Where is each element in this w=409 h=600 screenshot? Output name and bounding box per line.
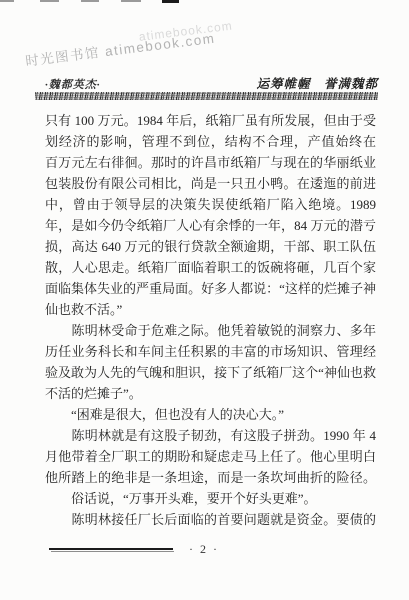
- decorative-rule: [35, 92, 378, 100]
- library-watermark: 时光图书馆 atimebook.com: [24, 27, 216, 70]
- page-number: · 2 ·: [180, 542, 228, 558]
- scan-edge-marks: [0, 0, 200, 4]
- text-line: 只有 100 万元。1984 年后，纸箱厂虽有所发展，但由于受计: [45, 110, 376, 131]
- body-text: 只有 100 万元。1984 年后，纸箱厂虽有所发展，但由于受计划经济的影响，管…: [45, 110, 376, 530]
- text-line: 陈明林就是有这股子韧劲，有这股子拼劲。1990 年 4: [45, 425, 376, 446]
- text-line: 俗话说，“万事开头难，要开个好头更难”。: [45, 488, 376, 509]
- edge-dash: [162, 0, 179, 3]
- edge-dash: [40, 0, 59, 2]
- text-line: 不活的烂摊子”。: [45, 383, 376, 404]
- text-line: 验及敢为人先的气魄和胆识，接下了纸箱厂这个“神仙也救: [45, 362, 376, 383]
- text-line: 包装股份有限公司相比，尚是一只丑小鸭。在逶迤的前进: [45, 173, 376, 194]
- scanned-book-page: atimebook.com 时光图书馆 atimebook.com ·魏都英杰·…: [0, 0, 409, 600]
- text-line: 散，人心思走。纸箱厂面临着职工的饭碗将砸，几百个家庭: [45, 257, 376, 278]
- text-line: 陈明林接任厂长后面临的首要问题就是资金。要债的: [45, 509, 376, 530]
- text-line: 他所踏上的绝非是一条坦途，而是一条坎坷曲折的险径。: [45, 467, 376, 488]
- text-line: “困难是很大，但也没有人的决心大。”: [45, 404, 376, 425]
- footer-rule: [49, 548, 173, 550]
- chapter-title: 运筹帷幄 誉满魏都: [256, 74, 378, 92]
- text-line: 中，曾由于领导层的决策失误使纸箱厂陷入绝境。1989: [45, 194, 376, 215]
- text-line: 历任业务科长和车间主任积累的丰富的市场知识、管理经: [45, 341, 376, 362]
- text-line: 仙也救不活。”: [45, 299, 376, 320]
- text-line: 百万元左右徘徊。那时的许昌市纸箱厂与现在的华丽纸业: [45, 152, 376, 173]
- running-head: ·魏都英杰· 运筹帷幄 誉满魏都: [45, 76, 378, 92]
- text-line: 面临集体失业的严重局面。好多人都说：“这样的烂摊子神: [45, 278, 376, 299]
- edge-dash: [81, 0, 99, 2]
- book-title: ·魏都英杰·: [45, 76, 101, 92]
- text-line: 损，高达 640 万元的银行贷款全额逾期，干部、职工队伍涣: [45, 236, 376, 257]
- text-line: 陈明林受命于危难之际。他凭着敏锐的洞察力、多年: [45, 320, 376, 341]
- edge-dash: [121, 0, 141, 2]
- text-line: 年，是如今仍令纸箱厂人心有余悸的一年，84 万元的潜亏: [45, 215, 376, 236]
- edge-dash: [0, 0, 14, 2]
- text-line: 月他带着全厂职工的期盼和疑虑走马上任了。他心里明白: [45, 446, 376, 467]
- text-line: 划经济的影响，管理不到位，结构不合理，产值始终在三、四: [45, 131, 376, 152]
